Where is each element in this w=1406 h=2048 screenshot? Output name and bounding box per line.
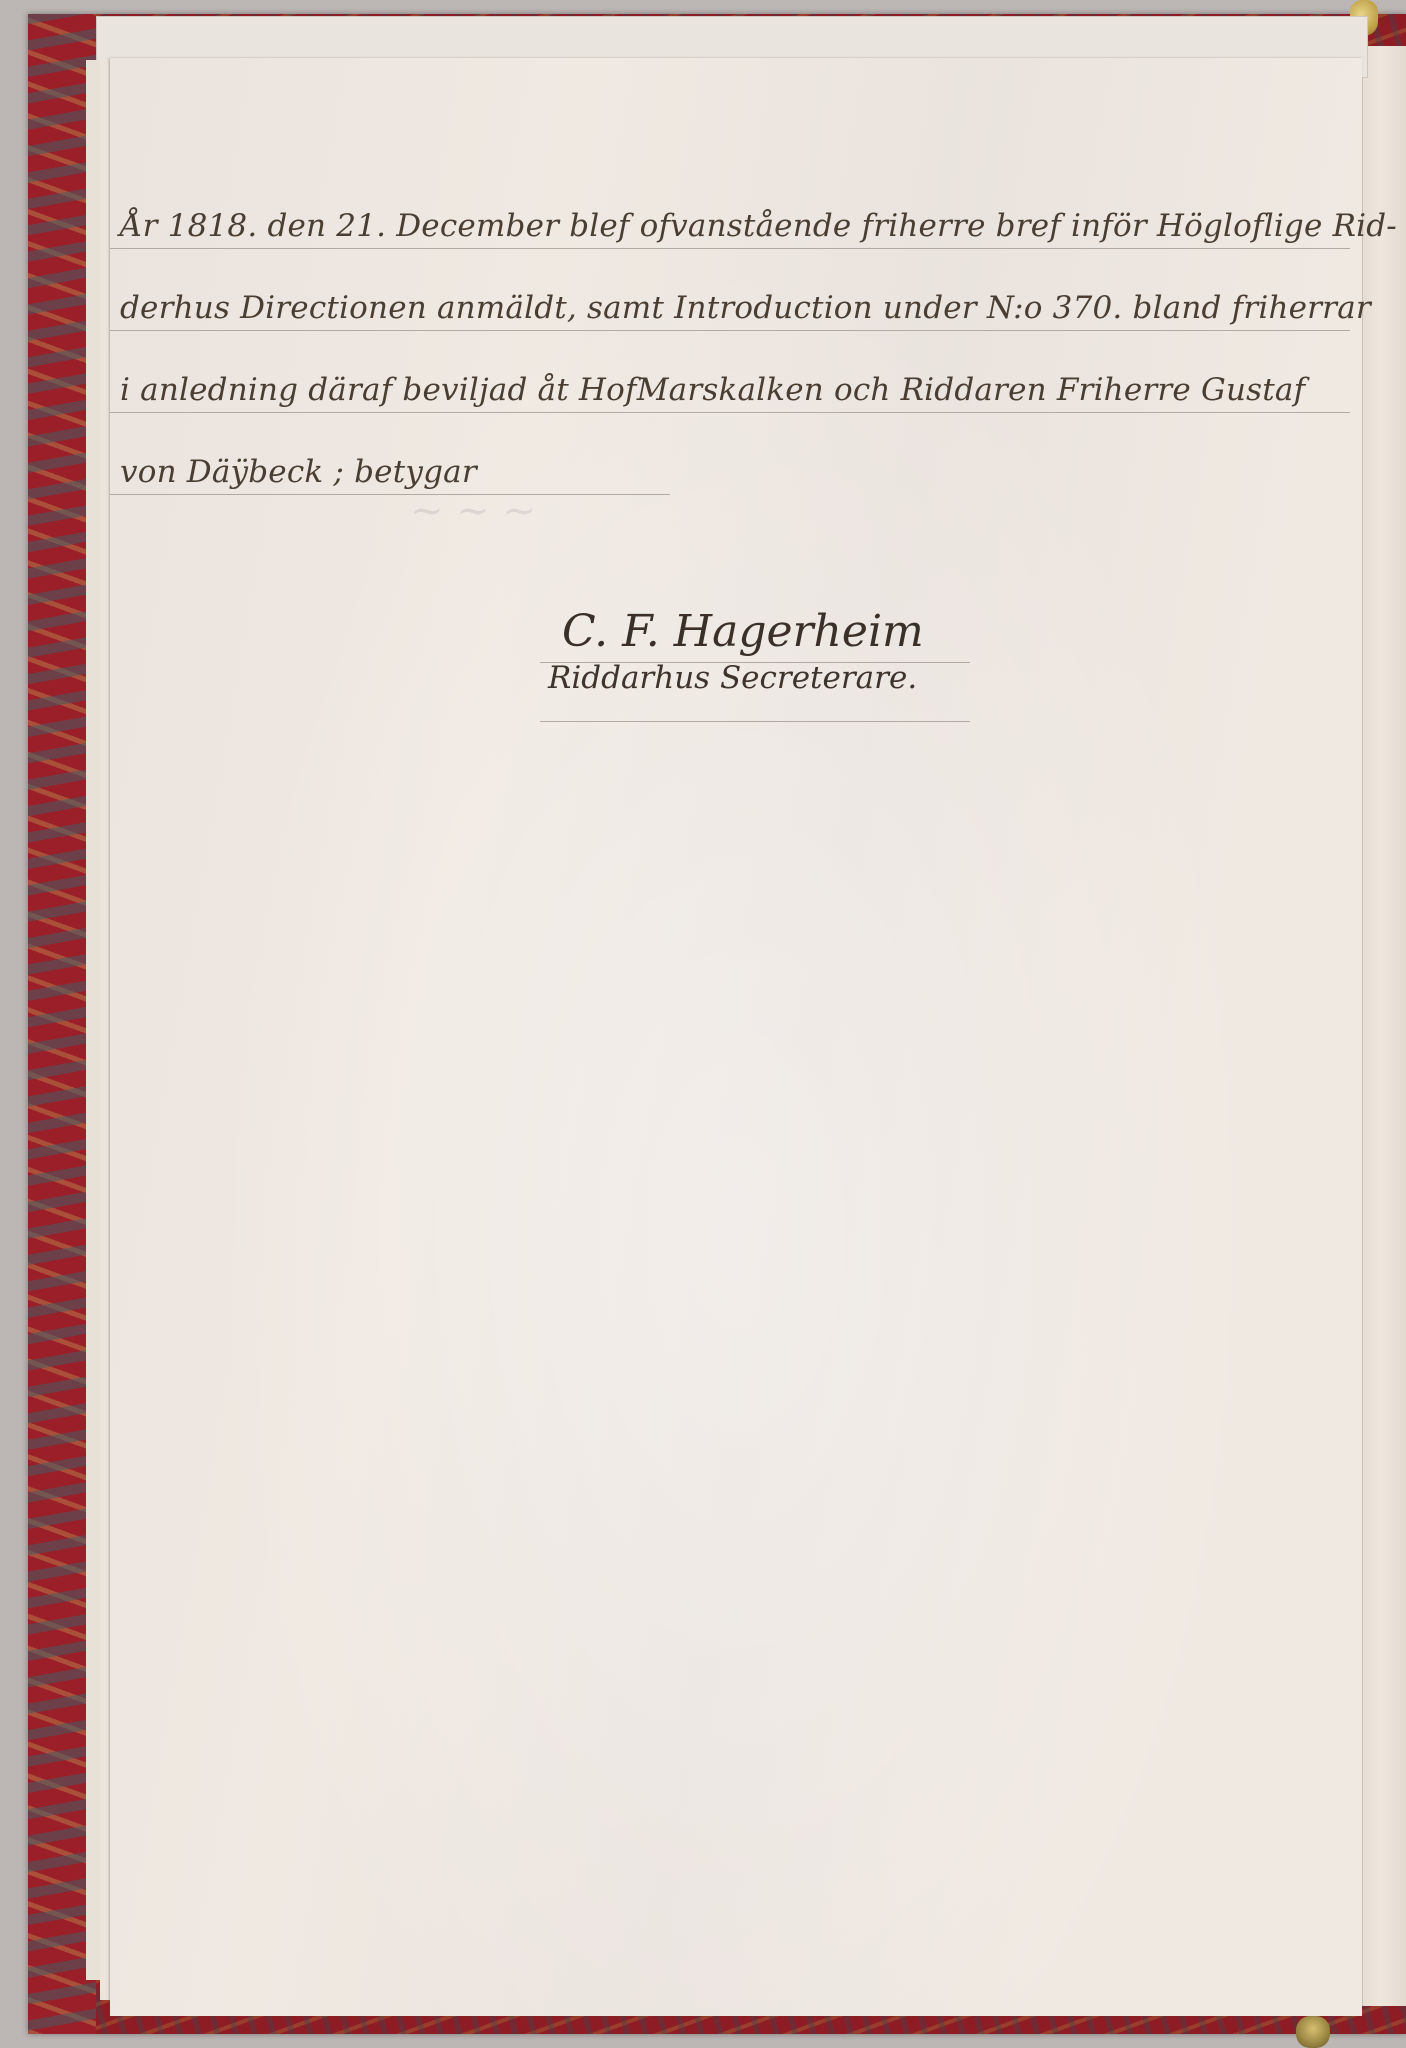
signature-title-line	[540, 721, 970, 722]
body-line-3: i anledning däraf beviljad åt HofMarskal…	[120, 372, 1305, 408]
gold-cord-tassel-bottom	[1296, 2016, 1330, 2048]
body-line-2: derhus Directionen anmäldt, samt Introdu…	[120, 290, 1371, 326]
body-line-4: von Däÿbeck ; betygar	[120, 454, 477, 490]
scanned-document: ~ ~ ~ År 1818. den 21. December blef ofv…	[0, 0, 1406, 2048]
facing-page-edge	[1362, 46, 1406, 2006]
signature-title: Riddarhus Secreterare.	[548, 660, 917, 696]
ruled-line	[110, 330, 1350, 331]
ruled-line	[110, 248, 1350, 249]
signature-name: C. F. Hagerheim	[562, 606, 924, 657]
ruled-line	[110, 412, 1350, 413]
ruled-line	[110, 494, 670, 495]
body-line-1: År 1818. den 21. December blef ofvanståe…	[120, 208, 1397, 244]
manuscript-page: ~ ~ ~ År 1818. den 21. December blef ofv…	[110, 58, 1362, 2016]
